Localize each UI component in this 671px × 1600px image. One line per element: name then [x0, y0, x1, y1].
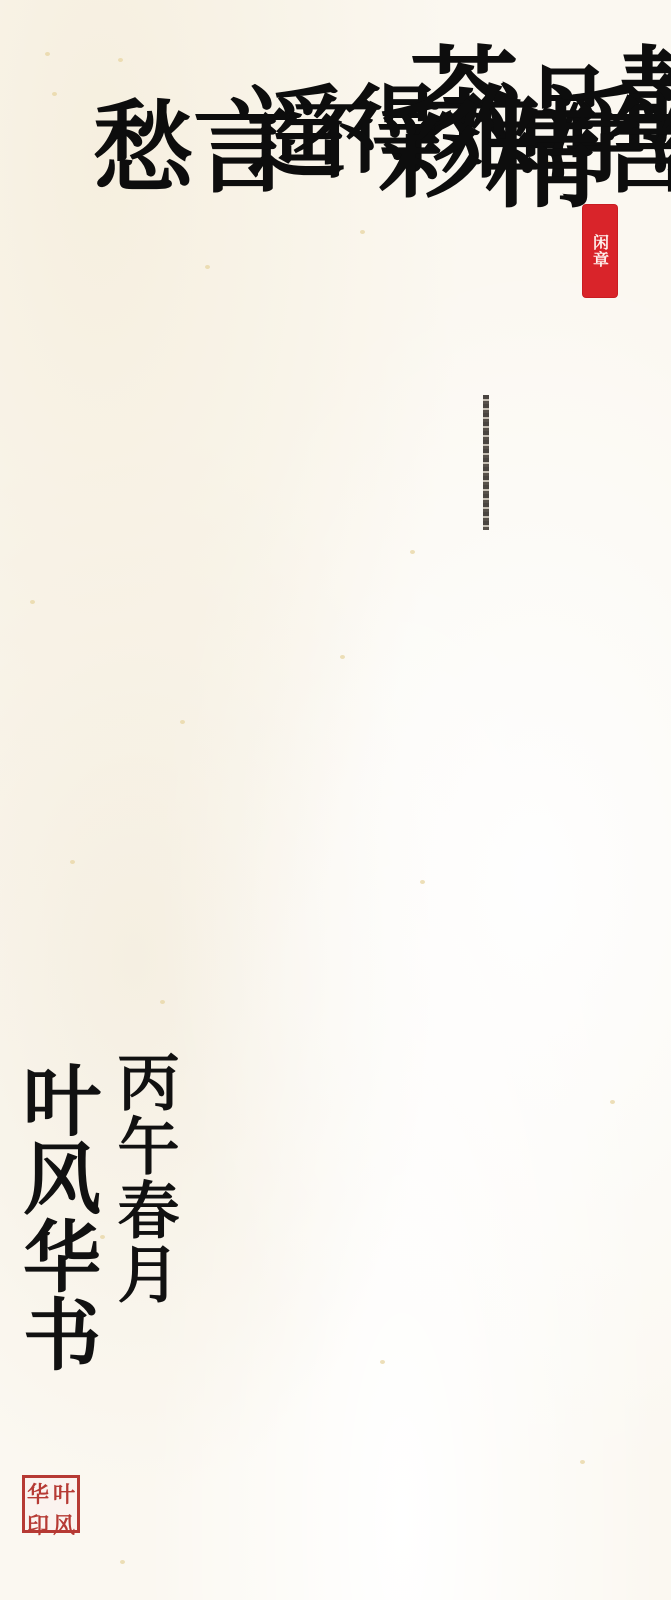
paper-fleck: [160, 1000, 165, 1004]
paper-fleck: [360, 230, 365, 234]
paper-fleck: [45, 52, 50, 56]
seal-character: 叶: [51, 1478, 77, 1509]
paper-fleck: [380, 1360, 385, 1364]
dry-brush-stroke: [483, 395, 489, 530]
paper-fleck: [410, 550, 415, 554]
paper-fleck: [120, 1560, 125, 1564]
paper-fleck: [52, 92, 57, 96]
character: 不: [285, 95, 370, 210]
paper-fleck: [180, 720, 185, 724]
seal-character: 风: [51, 1509, 77, 1540]
paper-fleck: [30, 600, 35, 604]
leisure-seal: 闲章: [583, 205, 617, 297]
paper-fleck: [70, 860, 75, 864]
character: 愁: [85, 95, 185, 210]
name-seal: 叶 风 华 印: [22, 1475, 80, 1533]
inscription-signature: 叶风华书: [16, 1060, 94, 1372]
character: 言: [590, 95, 671, 210]
paper-fleck: [420, 880, 425, 884]
calligraphy-column-3: 只 言 精 彩 不 言 愁: [85, 95, 671, 210]
paper-fleck: [610, 1100, 615, 1104]
seal-character: 华: [25, 1478, 51, 1509]
calligraphy-scroll: 人 到 中 年 情 如 水 静 品 茶 月 似 清 风 半 生 沉 浮 难 得 …: [0, 0, 671, 1600]
paper-fleck: [118, 58, 123, 62]
paper-fleck: [205, 265, 210, 269]
inscription-date: 丙午春月: [112, 1050, 174, 1306]
character: 言: [185, 95, 285, 210]
character: 彩: [370, 95, 475, 210]
paper-fleck: [580, 1460, 585, 1464]
paper-fleck: [340, 655, 345, 659]
seal-character: 印: [25, 1509, 51, 1540]
character: 精: [475, 95, 590, 210]
